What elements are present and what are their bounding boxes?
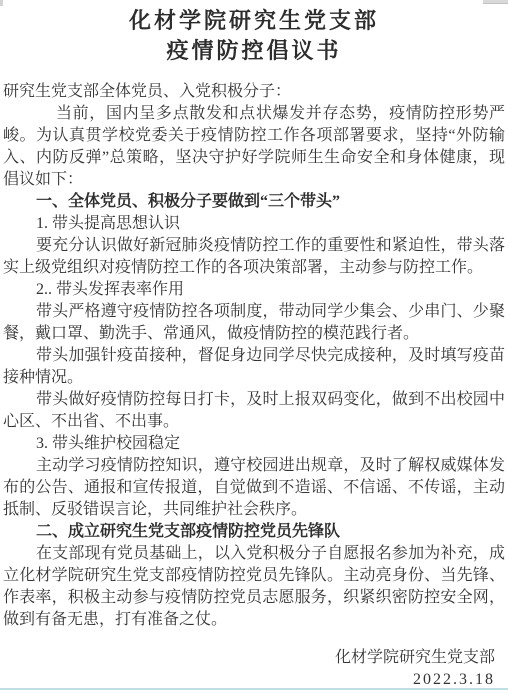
paragraph: 当前，国内呈多点散发和点状爆发并存态势，疫情防控形势严峻。为认真贯学校党委关于疫…: [3, 103, 505, 191]
section-heading-1: 一、全体党员、积极分子要做到“三个带头”: [3, 191, 505, 213]
title-line-2: 疫情防控倡议书: [3, 36, 505, 66]
scrollbar-fragment[interactable]: [483, 0, 508, 4]
signature: 化材学院研究生党支部: [3, 647, 495, 669]
subitem-heading: 2.. 带头发挥表率作用: [3, 279, 505, 301]
document-page: 化材学院研究生党支部 疫情防控倡议书 研究生党支部全体党员、入党积极分子： 当前…: [0, 0, 508, 693]
subitem-heading: 1. 带头提高思想认识: [3, 213, 505, 235]
window-edge-fragment: [0, 0, 3, 6]
paragraph: 带头加强针疫苗接种，督促身边同学尽快完成接种，及时填写疫苗接种情况。: [3, 345, 505, 389]
bottom-divider: [0, 688, 508, 690]
section-heading-2: 二、成立研究生党支部疫情防控党员先锋队: [3, 521, 505, 543]
paragraph: 在支部现有党员基础上，以入党积极分子自愿报名参加为补充，成立化材学院研究生党支部…: [3, 543, 505, 631]
document-title: 化材学院研究生党支部 疫情防控倡议书: [3, 6, 505, 66]
title-line-1: 化材学院研究生党支部: [3, 6, 505, 36]
document-content: 化材学院研究生党支部 疫情防控倡议书 研究生党支部全体党员、入党积极分子： 当前…: [0, 0, 508, 691]
paragraph: 带头做好疫情防控每日打卡，及时上报双码变化，做到不出校园中心区、不出省、不出事。: [3, 389, 505, 433]
document-body: 研究生党支部全体党员、入党积极分子： 当前，国内呈多点散发和点状爆发并存态势，疫…: [3, 81, 505, 631]
salutation: 研究生党支部全体党员、入党积极分子：: [3, 81, 505, 103]
subitem-heading: 3. 带头维护校园稳定: [3, 433, 505, 455]
paragraph: 要充分认识做好新冠肺炎疫情防控工作的重要性和紧迫性，带头落实上级党组织对疫情防控…: [3, 235, 505, 279]
paragraph: 主动学习疫情防控知识，遵守校园进出规章，及时了解权威媒体发布的公告、通报和宣传报…: [3, 455, 505, 521]
paragraph: 带头严格遵守疫情防控各项制度，带动同学少集会、少串门、少聚餐，戴口罩、勤洗手、常…: [3, 301, 505, 345]
closing-block: 化材学院研究生党支部 2022.3.18: [3, 647, 505, 691]
